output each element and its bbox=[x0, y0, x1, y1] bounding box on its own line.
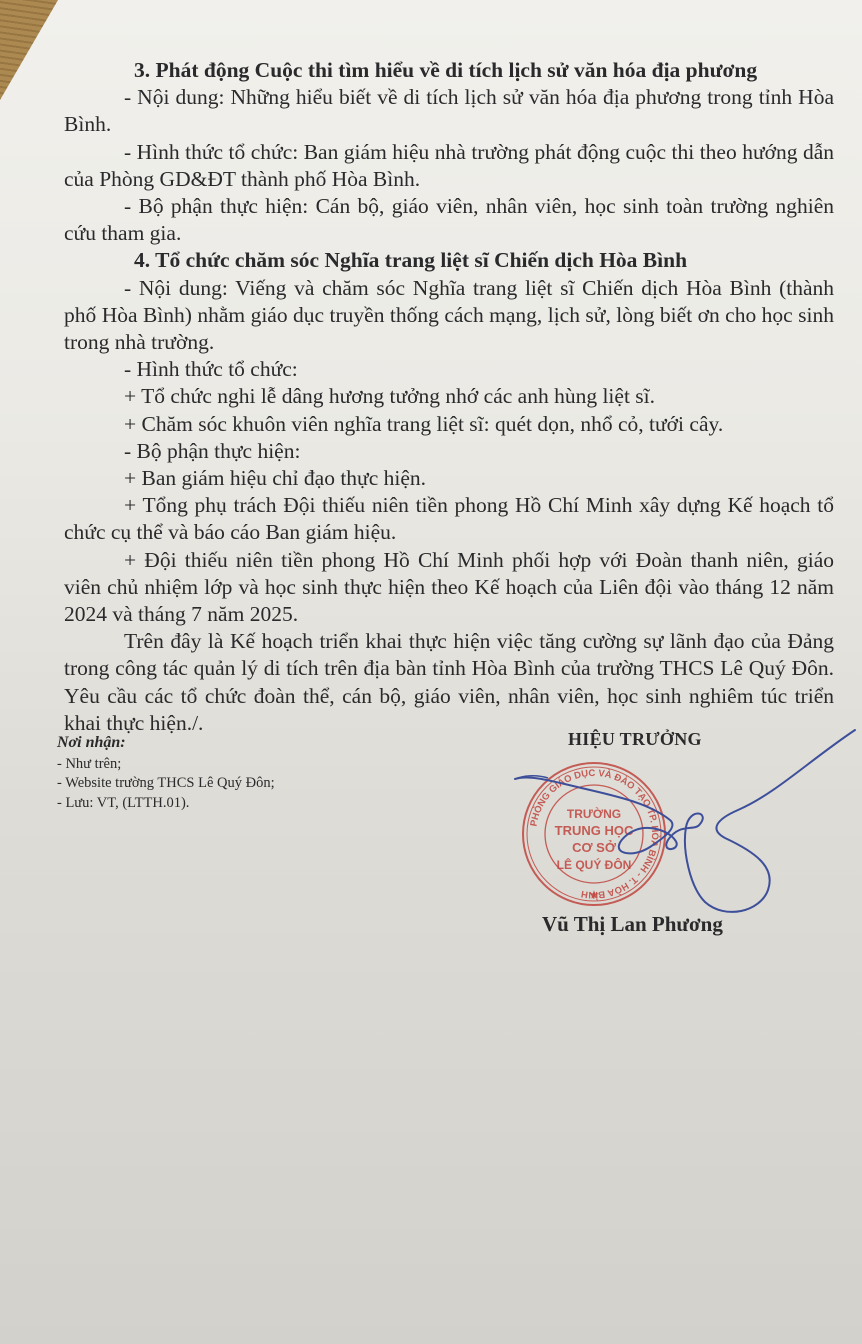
section-4-dept-item: + Ban giám hiệu chỉ đạo thực hiện. bbox=[64, 465, 834, 492]
section-4-dept-item: + Tổng phụ trách Đội thiếu niên tiền pho… bbox=[64, 492, 834, 546]
section-3-content: - Nội dung: Những hiểu biết về di tích l… bbox=[64, 84, 834, 138]
handwritten-signature-icon bbox=[500, 712, 862, 922]
recipient-item: - Website trường THCS Lê Quý Đôn; bbox=[57, 774, 417, 794]
section-4-dept-label: - Bộ phận thực hiện: bbox=[64, 438, 834, 465]
section-4-dept-item: + Đội thiếu niên tiền phong Hồ Chí Minh … bbox=[64, 547, 834, 629]
recipients-title: Nơi nhận: bbox=[57, 733, 417, 753]
section-4-content: - Nội dung: Viếng và chăm sóc Nghĩa tran… bbox=[64, 275, 834, 357]
section-4-form-item: + Tổ chức nghi lễ dâng hương tưởng nhớ c… bbox=[64, 383, 834, 410]
recipient-item: - Lưu: VT, (LTTH.01). bbox=[57, 794, 417, 814]
section-4-heading: 4. Tổ chức chăm sóc Nghĩa trang liệt sĩ … bbox=[64, 247, 834, 274]
document-body: 3. Phát động Cuộc thi tìm hiểu về di tíc… bbox=[64, 57, 834, 737]
section-4-form-label: - Hình thức tổ chức: bbox=[64, 356, 834, 383]
section-3-form: - Hình thức tổ chức: Ban giám hiệu nhà t… bbox=[64, 139, 834, 193]
section-4-form-item: + Chăm sóc khuôn viên nghĩa trang liệt s… bbox=[64, 411, 834, 438]
section-3-dept: - Bộ phận thực hiện: Cán bộ, giáo viên, … bbox=[64, 193, 834, 247]
recipients-block: Nơi nhận: - Như trên; - Website trường T… bbox=[57, 733, 417, 813]
recipient-item: - Như trên; bbox=[57, 755, 417, 775]
section-3-heading: 3. Phát động Cuộc thi tìm hiểu về di tíc… bbox=[64, 57, 834, 84]
signatory-name: Vũ Thị Lan Phương bbox=[542, 912, 723, 937]
